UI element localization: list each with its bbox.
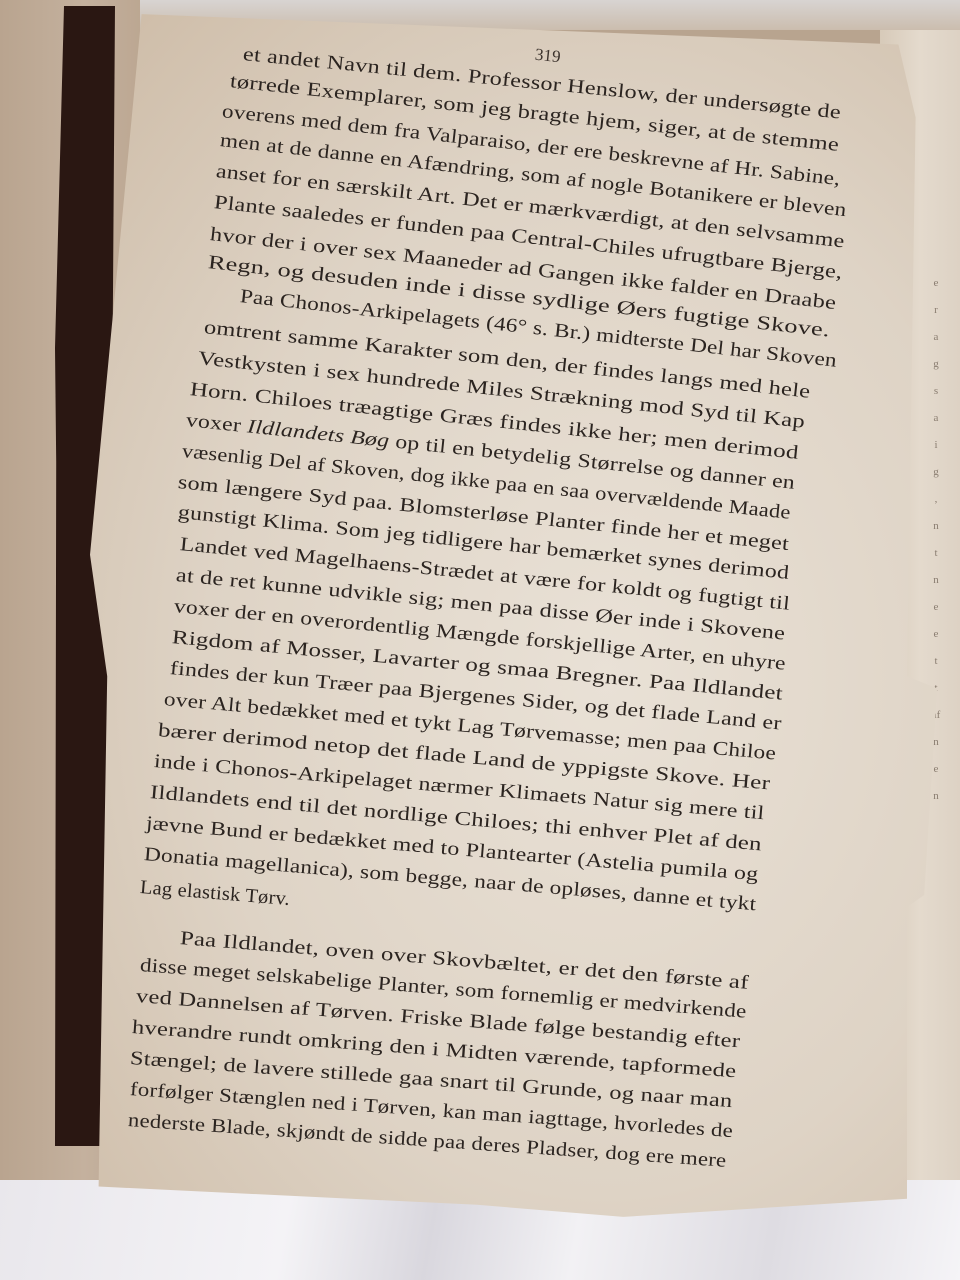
text-line: Lag elastisk Tørv.: [139, 877, 291, 911]
page-number: 319: [534, 45, 561, 68]
italic-term: Ildlandets Bøg: [246, 416, 390, 452]
page-text: 319 et andet Navn til dem. Professor Hen…: [0, 0, 960, 1280]
